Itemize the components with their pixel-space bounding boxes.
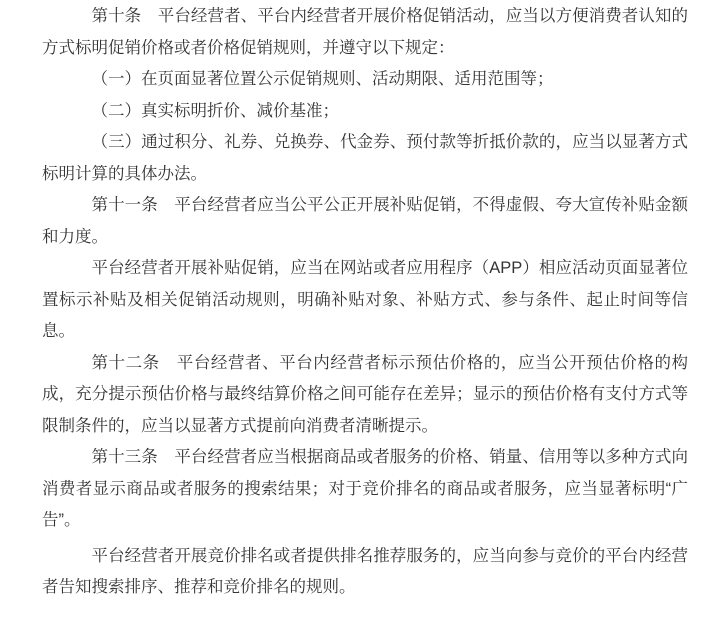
paragraph-article-10-item-1: （一）在页面显著位置公示促销规则、活动期限、适用范围等； [42,64,688,96]
paragraph-article-13-para-2: 平台经营者开展竞价排名或者提供排名推荐服务的，应当向参与竞价的平台内经营者告知搜… [42,541,688,604]
paragraph-article-10-item-3: （三）通过积分、礼券、兑换券、代金券、预付款等折抵价款的，应当以显著方式标明计算… [42,127,688,190]
paragraph-article-10-item-2: （二）真实标明折价、减价基准； [42,96,688,128]
paragraph-article-11-para-2: 平台经营者开展补贴促销，应当在网站或者应用程序（APP）相应活动页面显著位置标示… [42,253,688,348]
paragraph-article-13-para-1: 第十三条 平台经营者应当根据商品或者服务的价格、销量、信用等以多种方式向消费者显… [42,442,688,537]
paragraph-article-11-para-1: 第十一条 平台经营者应当公平公正开展补贴促销，不得虚假、夸大宣传补贴金额和力度。 [42,190,688,253]
document-page: 第十条 平台经营者、平台内经营者开展价格促销活动，应当以方便消费者认知的方式标明… [0,0,718,619]
paragraph-article-12: 第十二条 平台经营者、平台内经营者标示预估价格的，应当公开预估价格的构成，充分提… [42,348,688,443]
paragraph-article-10-intro: 第十条 平台经营者、平台内经营者开展价格促销活动，应当以方便消费者认知的方式标明… [42,1,688,64]
